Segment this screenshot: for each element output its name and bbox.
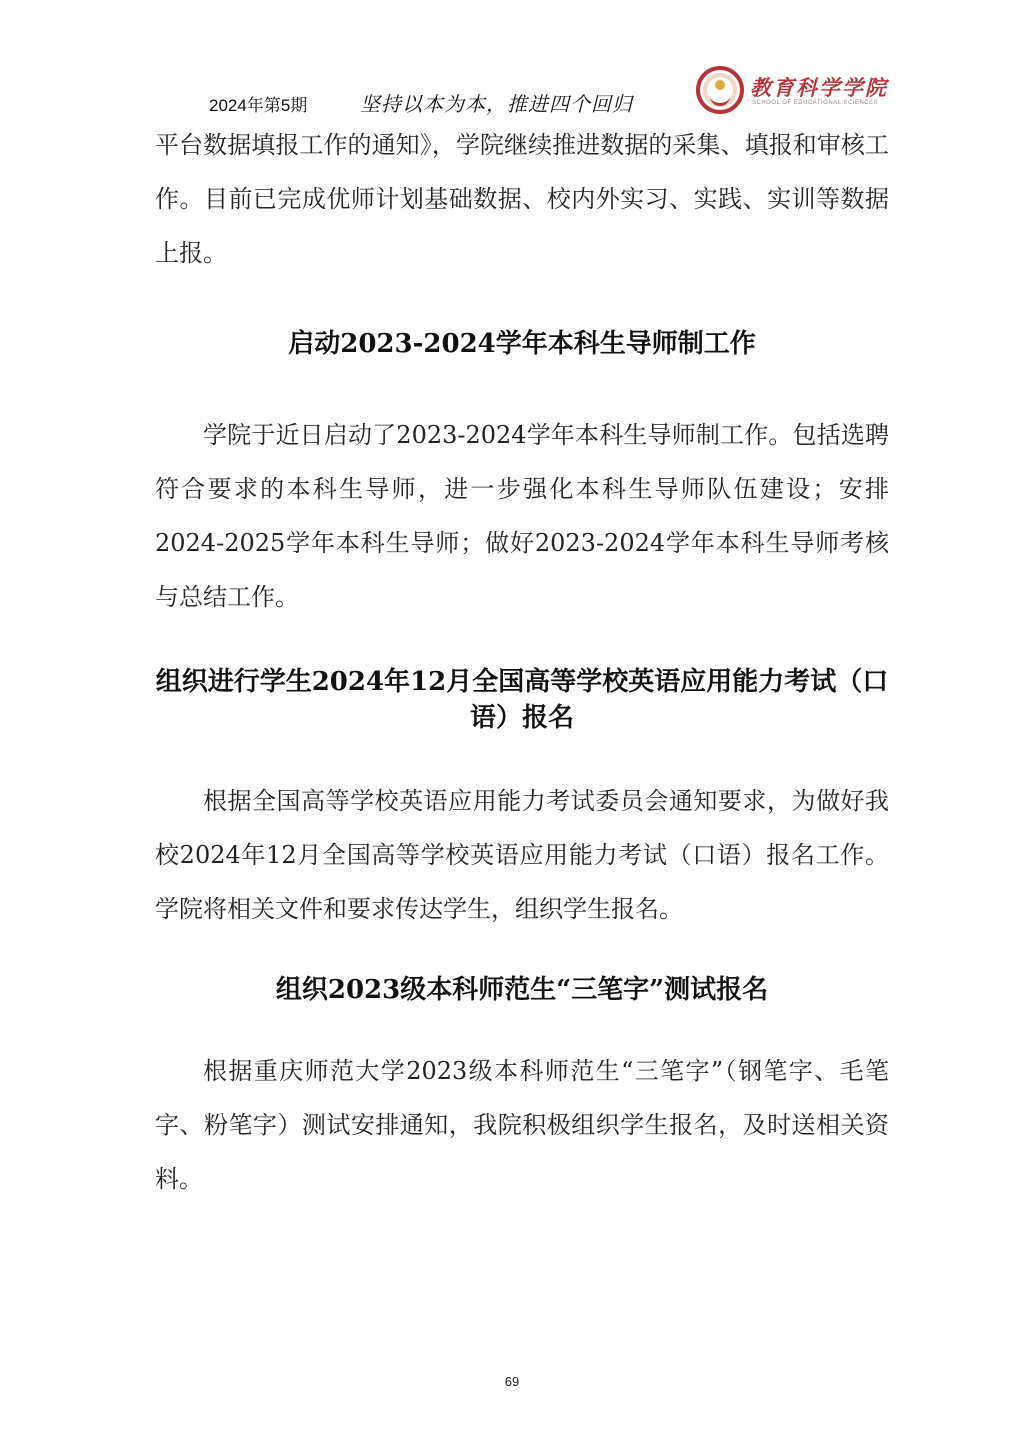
issue-label: 2024年第5期	[209, 91, 307, 116]
paragraph-tutor: 学院于近日启动了2023-2024学年本科生导师制工作。包括选聘符合要求的本科生…	[155, 408, 889, 624]
motto-text: 坚持以本为本，推进四个回归	[360, 88, 633, 117]
seal-icon	[696, 66, 744, 114]
page-header: 2024年第5期 坚持以本为本，推进四个回归 教育科学学院 SCHOOL OF …	[0, 0, 1024, 125]
logo-title: 教育科学学院	[750, 72, 888, 102]
logo-subtitle: SCHOOL OF EDUCATIONAL SCIENCES	[752, 100, 878, 106]
section-heading-tutor: 启动2023-2024学年本科生导师制工作	[155, 326, 889, 362]
school-logo: 教育科学学院 SCHOOL OF EDUCATIONAL SCIENCES	[696, 66, 872, 118]
section-heading-calligraphy: 组织2023级本科师范生“三笔字”测试报名	[155, 972, 889, 1008]
paragraph-english-exam: 根据全国高等学校英语应用能力考试委员会通知要求，为做好我校2024年12月全国高…	[155, 774, 889, 936]
section-heading-english-exam: 组织进行学生2024年12月全国高等学校英语应用能力考试（口语）报名	[155, 664, 889, 736]
paragraph-calligraphy: 根据重庆师范大学2023级本科师范生“三笔字”（钢笔字、毛笔字、粉笔字）测试安排…	[155, 1044, 889, 1206]
page-number: 69	[0, 1374, 1024, 1389]
paragraph-continuation: 平台数据填报工作的通知》，学院继续推进数据的采集、填报和审核工作。目前已完成优师…	[155, 118, 889, 280]
article-body: 平台数据填报工作的通知》，学院继续推进数据的采集、填报和审核工作。目前已完成优师…	[155, 118, 889, 1206]
